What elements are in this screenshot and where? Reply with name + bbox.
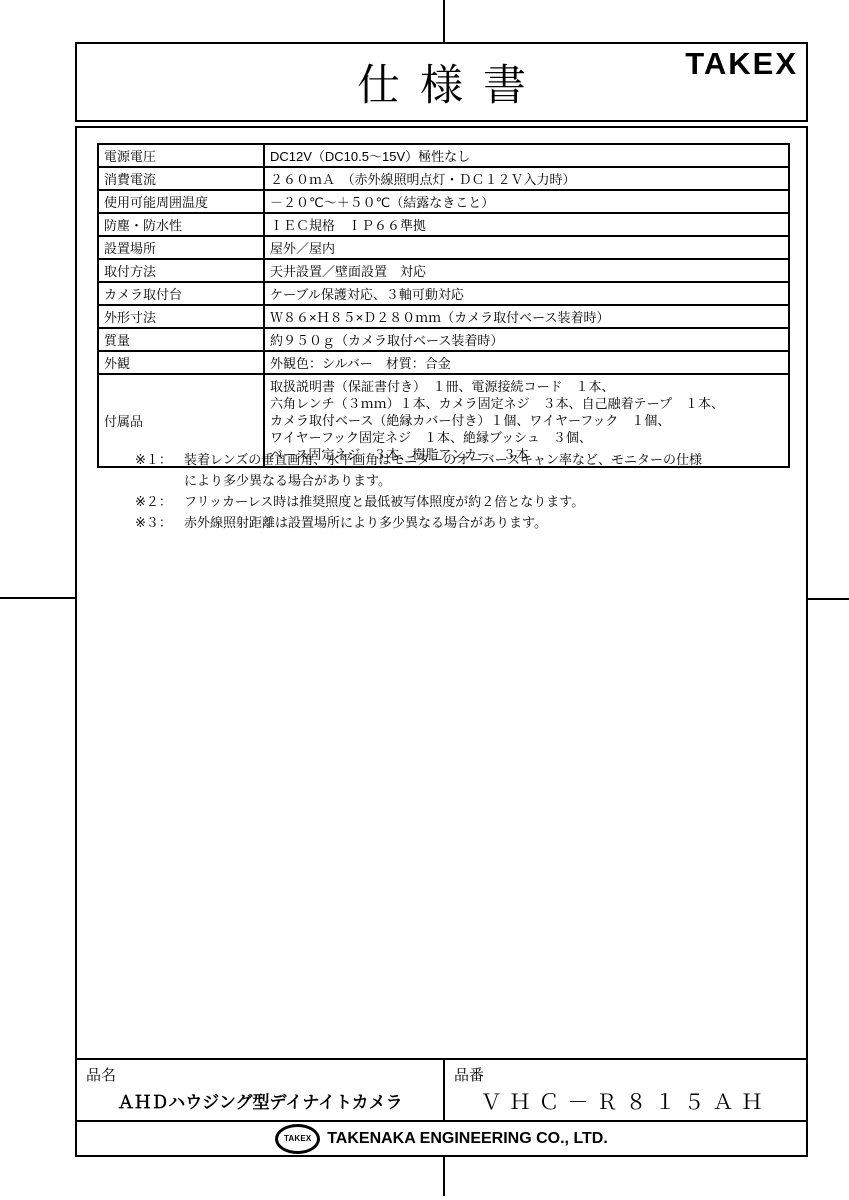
- spec-label-cell: 設置場所: [98, 236, 264, 259]
- spec-row: 使用可能周囲温度 －２０℃～＋５０℃（結露なきこと）: [98, 190, 789, 213]
- spec-row: 取付方法 天井設置／壁面設置 対応: [98, 259, 789, 282]
- spec-label-cell: 防塵・防水性: [98, 213, 264, 236]
- spec-value-cell: ケーブル保護対応、３軸可動対応: [264, 282, 789, 305]
- product-name-label: 品名: [86, 1064, 116, 1085]
- spec-value-cell: ＩＥＣ規格 ＩＰ６６準拠: [264, 213, 789, 236]
- note-line: フリッカーレス時は推奨照度と最低被写体照度が約２倍となります。: [184, 491, 702, 512]
- product-number-cell: 品番 ＶＨＣ－Ｒ８１５ＡＨ: [445, 1060, 806, 1120]
- takex-oval-logo-icon: TAKEX: [275, 1124, 320, 1154]
- spec-row: 質量 約９５０ｇ（カメラ取付ベース装着時）: [98, 328, 789, 351]
- spec-value-cell: 屋外／屋内: [264, 236, 789, 259]
- spec-row: 電源電圧 DC12V（DC10.5～15V）極性なし: [98, 144, 789, 167]
- crop-mark-right: [806, 598, 849, 600]
- note-item: ※３： 赤外線照射距離は設置場所により多少異なる場合があります。: [135, 512, 702, 533]
- note-line: 赤外線照射距離は設置場所により多少異なる場合があります。: [184, 512, 702, 533]
- product-name-cell: 品名 ＡＨＤハウジング型デイナイトカメラ: [77, 1060, 445, 1120]
- spec-label-cell: 外形寸法: [98, 305, 264, 328]
- accessories-line: ワイヤーフック固定ネジ １本、絶縁ブッシュ ３個、: [270, 429, 783, 446]
- accessories-line: 六角レンチ（３ｍｍ）１本、カメラ固定ネジ ３本、自己融着テープ １本、: [270, 395, 783, 412]
- note-marker: ※２：: [135, 491, 172, 512]
- spec-value-cell: 約９５０ｇ（カメラ取付ベース装着時）: [264, 328, 789, 351]
- note-item: ※２： フリッカーレス時は推奨照度と最低被写体照度が約２倍となります。: [135, 491, 702, 512]
- footnotes: ※１： 装着レンズの垂直画角、水平画角はモニターのオーバースキャン率など、モニタ…: [135, 449, 702, 533]
- spec-value-cell: －２０℃～＋５０℃（結露なきこと）: [264, 190, 789, 213]
- product-section: 品名 ＡＨＤハウジング型デイナイトカメラ 品番 ＶＨＣ－Ｒ８１５ＡＨ: [77, 1058, 806, 1120]
- crop-mark-bottom: [443, 1156, 445, 1196]
- spec-value-cell: ２６０ｍＡ （赤外線照明点灯・ＤＣ１２Ｖ入力時）: [264, 167, 789, 190]
- product-number-label: 品番: [454, 1064, 484, 1085]
- spec-row: 設置場所 屋外／屋内: [98, 236, 789, 259]
- main-content-box: 電源電圧 DC12V（DC10.5～15V）極性なし 消費電流 ２６０ｍＡ （赤…: [75, 126, 808, 1157]
- takex-brand-logo: TAKEX: [685, 46, 798, 82]
- crop-mark-top: [443, 0, 445, 43]
- spec-value-cell: 天井設置／壁面設置 対応: [264, 259, 789, 282]
- note-line: 装着レンズの垂直画角、水平画角はモニターのオーバースキャン率など、モニターの仕様: [184, 449, 702, 470]
- product-name-value: ＡＨＤハウジング型デイナイトカメラ: [77, 1088, 443, 1113]
- title-box: 仕様書 TAKEX: [75, 42, 808, 122]
- note-line: により多少異なる場合があります。: [184, 470, 702, 491]
- spec-row: 防塵・防水性 ＩＥＣ規格 ＩＰ６６準拠: [98, 213, 789, 236]
- company-name: TAKENAKA ENGINEERING CO., LTD.: [327, 1130, 608, 1148]
- accessories-line: カメラ取付ベース（絶縁カバー付き）１個、ワイヤーフック １個、: [270, 412, 783, 429]
- spec-row: 外観 外観色：シルバー 材質：合金: [98, 351, 789, 374]
- footer: TAKEX TAKENAKA ENGINEERING CO., LTD.: [77, 1120, 806, 1155]
- spec-label-cell: 外観: [98, 351, 264, 374]
- spec-label-cell: 取付方法: [98, 259, 264, 282]
- note-marker: ※３：: [135, 512, 172, 533]
- spec-label-cell: 質量: [98, 328, 264, 351]
- product-number-value: ＶＨＣ－Ｒ８１５ＡＨ: [445, 1086, 806, 1116]
- spec-value-cell: DC12V（DC10.5～15V）極性なし: [264, 144, 789, 167]
- spec-row: 外形寸法 Ｗ８６×Ｈ８５×Ｄ２８０ｍｍ（カメラ取付ベース装着時）: [98, 305, 789, 328]
- spec-row: 消費電流 ２６０ｍＡ （赤外線照明点灯・ＤＣ１２Ｖ入力時）: [98, 167, 789, 190]
- spec-label-cell: 消費電流: [98, 167, 264, 190]
- spec-label-cell: 電源電圧: [98, 144, 264, 167]
- note-item: ※１： 装着レンズの垂直画角、水平画角はモニターのオーバースキャン率など、モニタ…: [135, 449, 702, 491]
- note-marker: ※１：: [135, 449, 172, 470]
- spec-label-cell: カメラ取付台: [98, 282, 264, 305]
- accessories-line: 取扱説明書（保証書付き） １冊、電源接続コード １本、: [270, 378, 783, 395]
- spec-value-cell: Ｗ８６×Ｈ８５×Ｄ２８０ｍｍ（カメラ取付ベース装着時）: [264, 305, 789, 328]
- spec-label-cell: 使用可能周囲温度: [98, 190, 264, 213]
- spec-table: 電源電圧 DC12V（DC10.5～15V）極性なし 消費電流 ２６０ｍＡ （赤…: [97, 143, 790, 468]
- spec-row: カメラ取付台 ケーブル保護対応、３軸可動対応: [98, 282, 789, 305]
- spec-value-cell: 外観色：シルバー 材質：合金: [264, 351, 789, 374]
- takex-logo-text: TAKEX: [284, 1134, 312, 1143]
- crop-mark-left: [0, 597, 77, 599]
